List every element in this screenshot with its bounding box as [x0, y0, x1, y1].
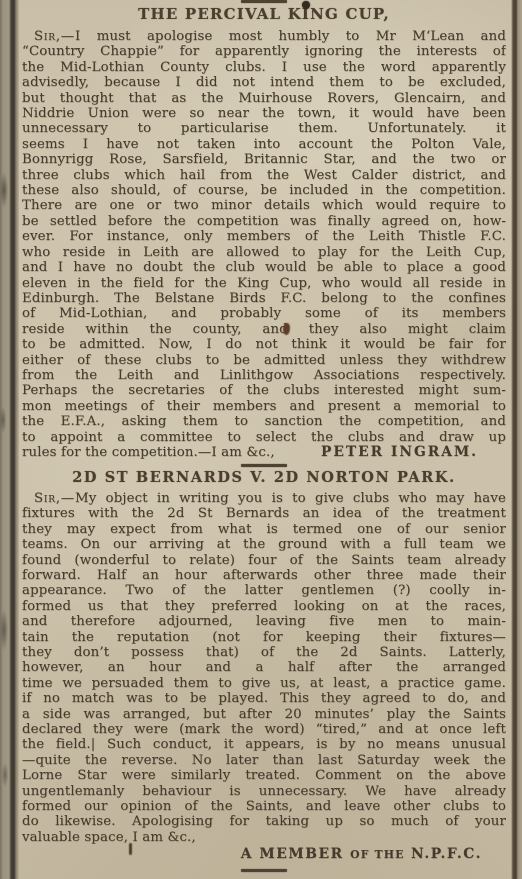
left-column-gutter	[0, 0, 19, 879]
salutation: Sir,—	[34, 491, 75, 506]
section-divider	[241, 464, 287, 467]
text-line: appearance. Two of the latter gentlemen …	[22, 583, 506, 598]
signature-main: A MEMBER	[241, 846, 344, 862]
text-line: seems I have not taken into account the …	[22, 137, 506, 152]
text-line: to appoint a committee to select the clu…	[22, 430, 506, 445]
text-line: Edinburgh. The Belstane Birds F.C. belon…	[22, 291, 506, 306]
letter-1-signoff-line: rules for the competition.—I am &c., PET…	[22, 445, 506, 460]
text-line: three clubs which hail from the West Cal…	[22, 168, 506, 183]
text-line: declared they were (mark the word) “tire…	[22, 722, 506, 737]
text-line: There are one or two minor details which…	[22, 198, 506, 213]
text-line: ever. For instance, only members of the …	[22, 229, 506, 244]
text-line: the Mid-Lothian County clubs. I use the …	[22, 60, 506, 75]
letter-2-signoff-line: valuable space, I am &c.,	[22, 830, 506, 845]
text-line: either of these clubs to be admitted unl…	[22, 353, 506, 368]
text-line: fixtures with the 2d St Bernards an idea…	[22, 506, 506, 521]
signoff-text: rules for the competition.—I am &c.,	[22, 445, 275, 460]
text-line: of Mid-Lothian, and probably some of its…	[22, 306, 506, 321]
text-line: “Country Chappie” for apparently ignorin…	[22, 44, 506, 59]
text-line: from the Leith and Linlithgow Associatio…	[22, 368, 506, 383]
text-line: and I have no doubt the club would be ab…	[22, 260, 506, 275]
text-line: these also should, of course, be include…	[22, 183, 506, 198]
signature-smallcaps: of the	[350, 848, 405, 861]
letter-1-heading: THE PERCIVAL KING CUP,	[22, 5, 506, 23]
opening-text: My object in writing you is to give club…	[75, 491, 506, 506]
letter-1-body: “Country Chappie” for apparently ignorin…	[22, 44, 506, 445]
letter-2-body: fixtures with the 2d St Bernards an idea…	[22, 506, 506, 830]
text-line: a side was arranged, but after 20 minute…	[22, 707, 506, 722]
text-line: eleven in the field for the King Cup, wh…	[22, 276, 506, 291]
right-column-rule	[511, 0, 522, 879]
letters-column: THE PERCIVAL KING CUP, Sir,—I must apolo…	[22, 0, 506, 872]
text-line: Niddrie Union were so near the town, it …	[22, 106, 506, 121]
section-divider	[241, 869, 287, 872]
text-line: mon meetings of their members and presen…	[22, 399, 506, 414]
text-line: but thought that as the Muirhouse Rovers…	[22, 91, 506, 106]
opening-text: I must apologise most humbly to Mr M‘Lea…	[75, 29, 506, 44]
text-line: do likewise. Apologising for taking up s…	[22, 814, 506, 829]
text-line: formed our opinion of the Saints, and le…	[22, 799, 506, 814]
text-line: Perhaps the secretaries of the clubs int…	[22, 383, 506, 398]
newspaper-page: THE PERCIVAL KING CUP, Sir,—I must apolo…	[0, 0, 522, 879]
text-line: Bonnyrigg Rose, Sarsfield, Britannic Sta…	[22, 152, 506, 167]
text-line: they may expect from what is termed one …	[22, 522, 506, 537]
text-line: formed us that they preferred looking on…	[22, 599, 506, 614]
text-line: ungentlemanly behaviour is unnecessary. …	[22, 784, 506, 799]
salutation: Sir,—	[34, 29, 75, 44]
text-line: teams. On our arriving at the ground wit…	[22, 537, 506, 552]
ink-spot	[302, 1, 310, 9]
text-line: the E.F.A., asking them to sanction the …	[22, 414, 506, 429]
text-line: they don’t possess that) of the 2d Saint…	[22, 645, 506, 660]
letter-2-signature: A MEMBER of the N.P.F.C.	[22, 846, 506, 862]
letter-2-opening-line: Sir,—My object in writing you is to give…	[22, 491, 506, 506]
text-line: be settled before the competition was fi…	[22, 214, 506, 229]
text-line: who reside in Leith are allowed to play …	[22, 245, 506, 260]
text-line: unnecessary to particularise them. Unfor…	[22, 121, 506, 136]
text-line: the field.| Such conduct, it appears, is…	[22, 737, 506, 752]
section-divider	[241, 0, 287, 3]
text-line: however, an hour and a half after the ar…	[22, 660, 506, 675]
text-line: time we persuaded them to give us, at le…	[22, 676, 506, 691]
text-line: found (wonderful to relate) four of the …	[22, 553, 506, 568]
text-line: advisedly, because I did not intend them…	[22, 75, 506, 90]
text-line: and therefore adjourned, leaving five me…	[22, 614, 506, 629]
text-line: reside within the county, and they also …	[22, 322, 506, 337]
text-line: if no match was to be played. This they …	[22, 691, 506, 706]
text-line: to be admitted. Now, I do not think it w…	[22, 337, 506, 352]
text-line: —quite the reverse. No later than last S…	[22, 753, 506, 768]
letter-2-heading: 2D ST BERNARDS V. 2D NORTON PARK.	[22, 469, 506, 487]
text-line: forward. Half an hour afterwards other t…	[22, 568, 506, 583]
letter-1-opening-line: Sir,—I must apologise most humbly to Mr …	[22, 29, 506, 44]
text-line: tain the reputation (not for keeping the…	[22, 630, 506, 645]
letter-1-signature: PETER INGRAM.	[321, 445, 506, 460]
text-line: Lorne Star were similarly treated. Comme…	[22, 768, 506, 783]
signature-main: N.P.F.C.	[411, 846, 482, 862]
ink-spot	[129, 843, 132, 855]
